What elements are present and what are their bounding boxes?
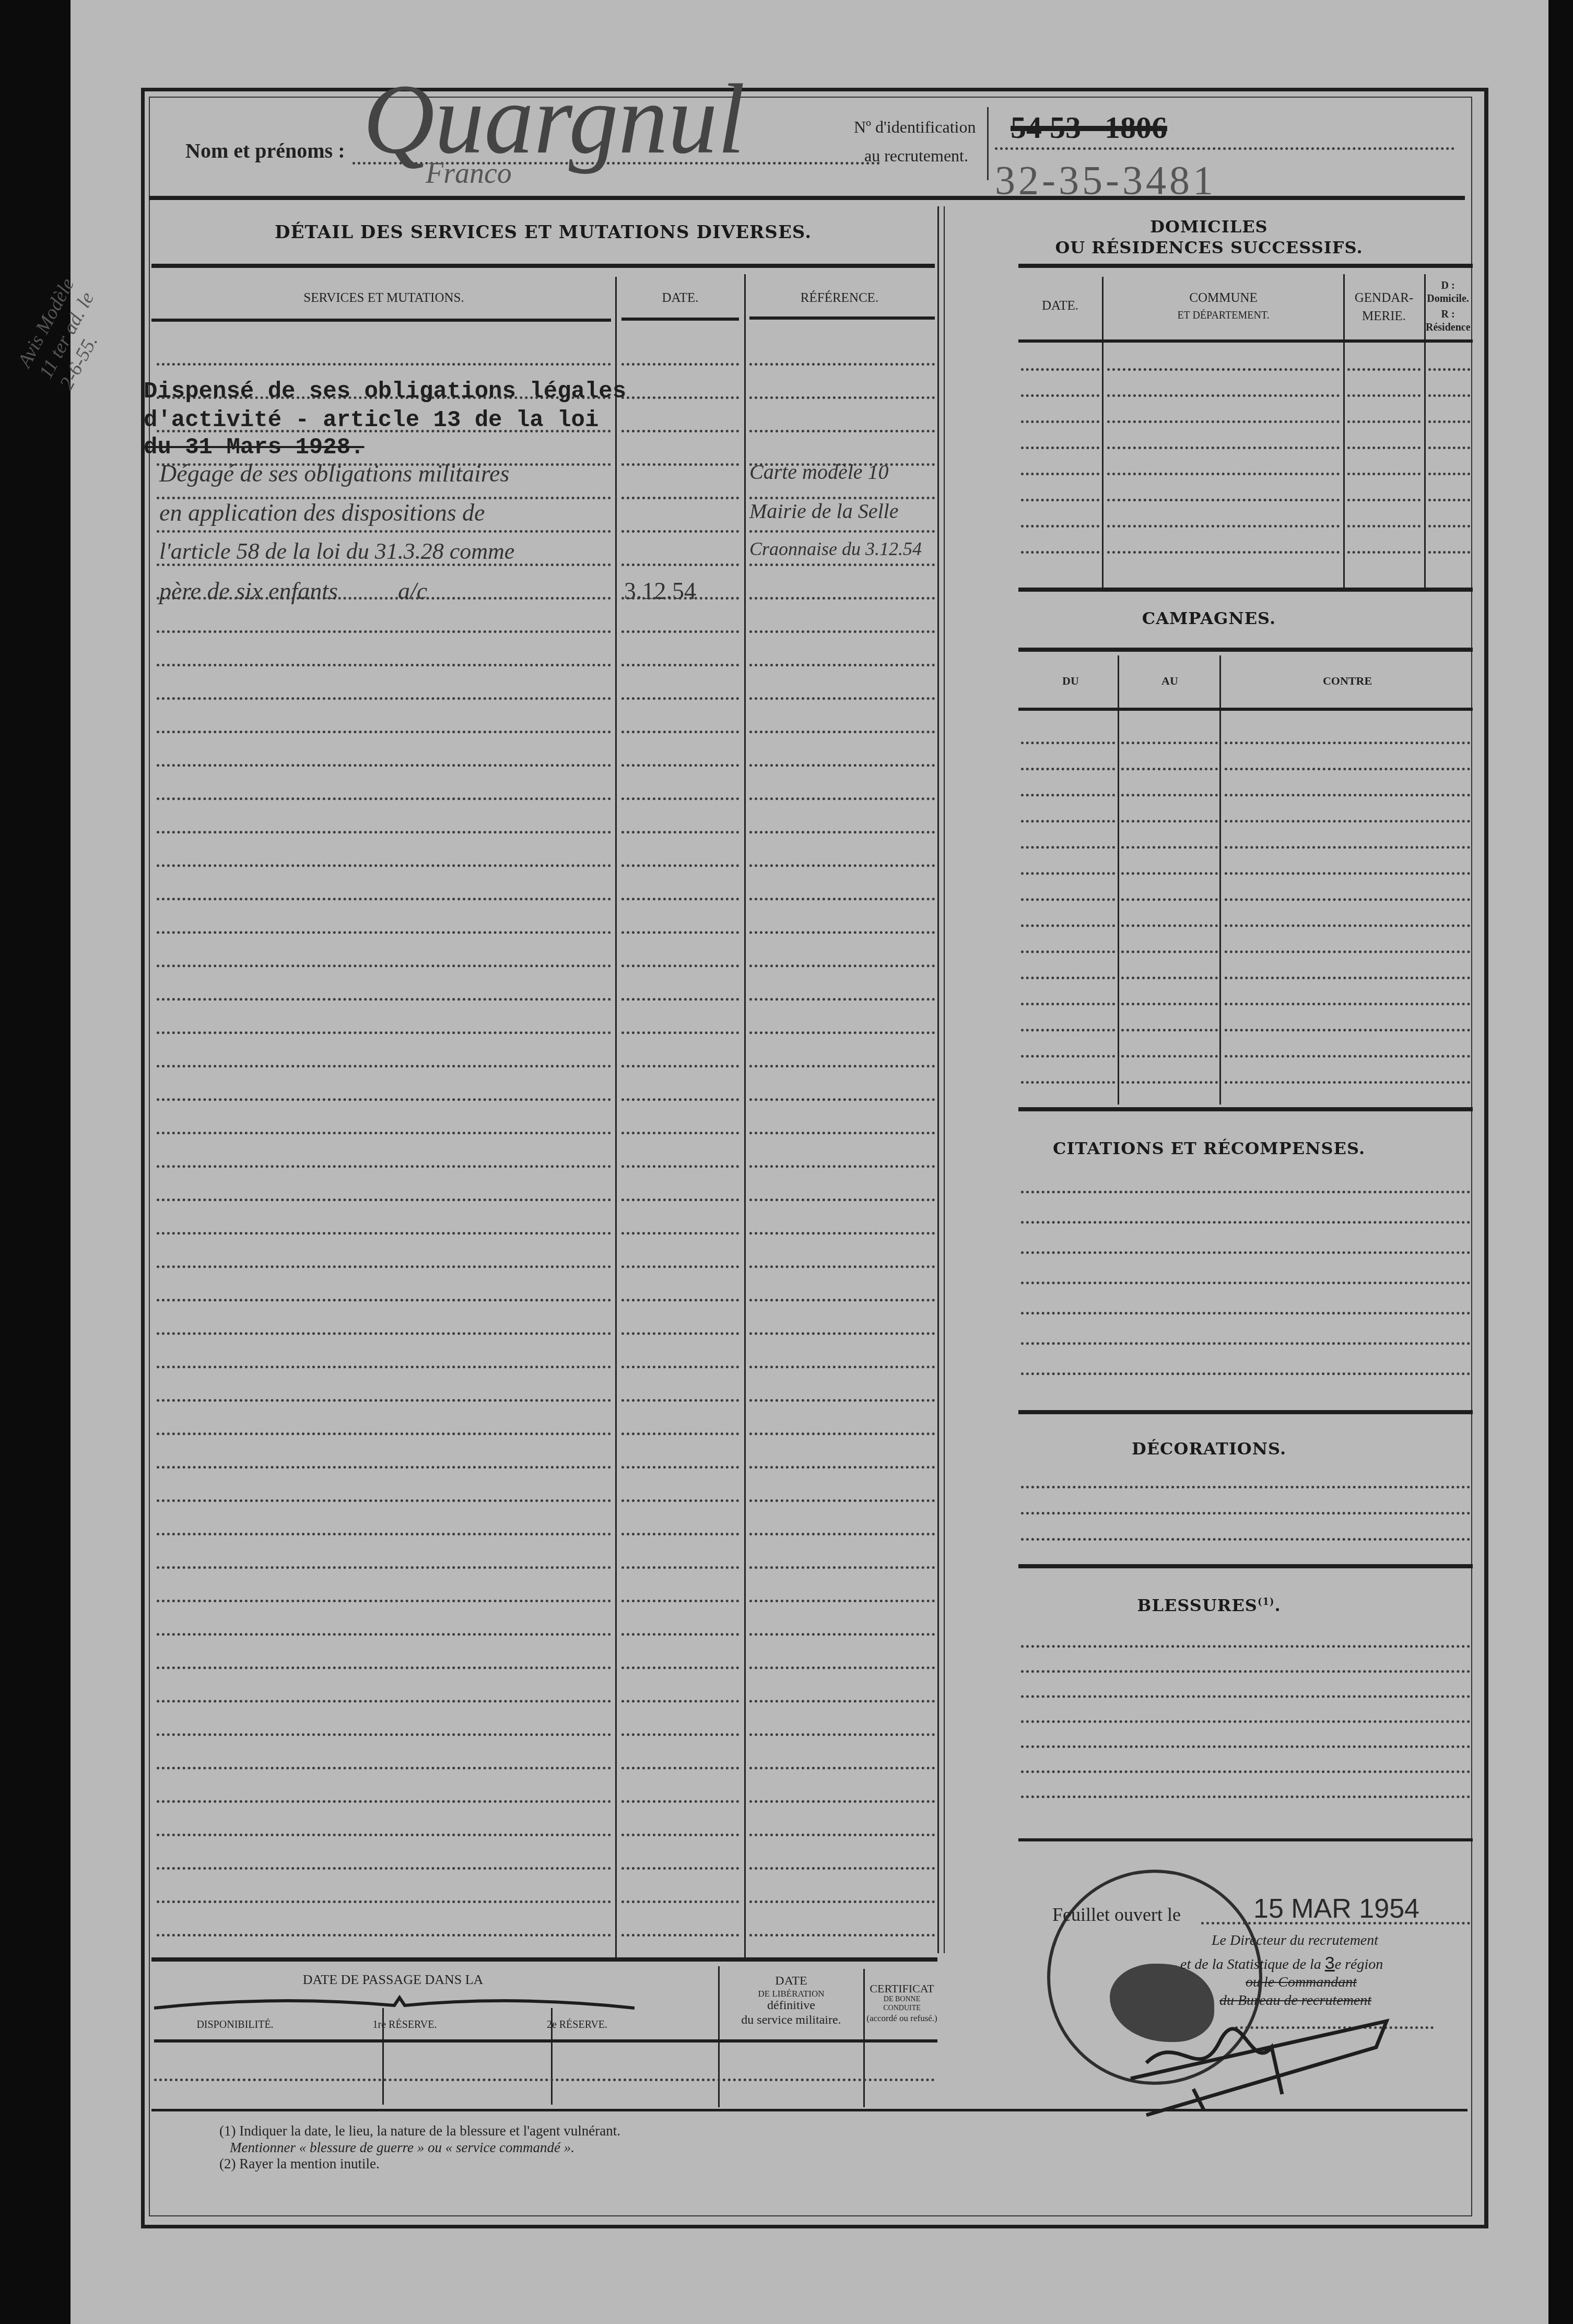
first-name-handwritten: Franco xyxy=(426,157,512,190)
dotted-rule xyxy=(1021,977,1115,979)
campagnes-title-rule xyxy=(1018,648,1473,652)
dotted-rule xyxy=(1225,898,1470,901)
dotted-rule xyxy=(749,430,935,432)
dotted-rule xyxy=(621,1165,739,1168)
dotted-rule xyxy=(1021,1745,1470,1748)
id-label-line1: Nº d'identification xyxy=(854,118,976,137)
dotted-rule xyxy=(1347,368,1421,371)
dotted-rule xyxy=(157,931,611,934)
main-divider xyxy=(937,206,939,1953)
dotted-rule xyxy=(621,1098,739,1101)
dotted-rule xyxy=(1021,368,1099,371)
dom-col-domicile: Domicile. xyxy=(1426,292,1470,306)
dotted-rule xyxy=(749,1098,935,1101)
dotted-rule xyxy=(621,1566,739,1569)
camp-col-du: DU xyxy=(1018,674,1123,688)
dotted-rule xyxy=(621,1800,739,1803)
col-date: DATE. xyxy=(616,290,744,306)
dotted-rule xyxy=(1428,368,1470,371)
dom-divider-1 xyxy=(1102,277,1104,590)
name-label: Nom et prénoms : xyxy=(185,138,345,163)
dotted-rule xyxy=(621,965,739,967)
header-bottom-rule xyxy=(149,196,1465,200)
dotted-rule xyxy=(1021,1055,1115,1058)
dotted-rule xyxy=(157,1433,611,1435)
dotted-rule xyxy=(157,1165,611,1168)
dotted-rule xyxy=(157,965,611,967)
dotted-rule xyxy=(749,1633,935,1636)
dotted-rule xyxy=(749,1733,935,1736)
dotted-rule xyxy=(621,396,739,399)
dom-col-rule xyxy=(1018,339,1473,343)
dotted-rule xyxy=(1021,924,1115,927)
dotted-rule xyxy=(1021,1081,1115,1084)
dotted-rule xyxy=(621,764,739,767)
dotted-rule xyxy=(1107,525,1340,527)
certificat-line3: (accordé ou refusé.) xyxy=(865,2013,938,2024)
dotted-rule xyxy=(1021,1770,1470,1773)
services-col-rule-3 xyxy=(749,316,935,320)
dotted-rule xyxy=(749,864,935,867)
dom-divider-3 xyxy=(1424,274,1426,590)
dotted-rule xyxy=(1107,420,1340,423)
dotted-rule xyxy=(1021,1191,1470,1193)
dotted-rule xyxy=(157,797,611,800)
reference-line2: Mairie de la Selle xyxy=(749,499,898,523)
dotted-rule xyxy=(1225,1029,1470,1031)
passage-divider-2 xyxy=(551,2008,553,2105)
dotted-rule xyxy=(621,1867,739,1870)
dotted-rule xyxy=(1021,742,1115,744)
passage-col-1re-reserve: 1re RÉSERVE. xyxy=(321,2018,488,2032)
dotted-rule xyxy=(749,1533,935,1535)
signatory-line2a: et de la Statistique de la xyxy=(1180,1956,1321,1973)
dotted-rule xyxy=(621,1767,739,1769)
dotted-rule xyxy=(1021,1342,1470,1345)
dotted-rule xyxy=(1021,1645,1470,1648)
dotted-rule xyxy=(1021,1670,1470,1673)
dotted-rule xyxy=(1021,872,1115,875)
dotted-rule xyxy=(749,1800,935,1803)
dotted-rule xyxy=(1428,447,1470,449)
dotted-rule xyxy=(621,898,739,900)
dotted-rule xyxy=(1021,1372,1470,1375)
dotted-rule xyxy=(1121,977,1218,979)
services-col-divider-1 xyxy=(615,277,617,1958)
camp-col-rule xyxy=(1018,708,1473,711)
dotted-rule xyxy=(157,1733,611,1736)
dotted-rule xyxy=(749,898,935,900)
campagnes-top-rule xyxy=(1018,588,1473,592)
dotted-rule xyxy=(1347,525,1421,527)
signatory-line2b: e région xyxy=(1335,1956,1383,1973)
signatory-line3-struck: ou le Commandant xyxy=(1246,1974,1357,1991)
dotted-rule xyxy=(621,630,739,633)
dotted-rule xyxy=(157,1199,611,1201)
dotted-rule xyxy=(157,764,611,767)
dotted-rule xyxy=(1021,1538,1470,1541)
dotted-rule xyxy=(1428,394,1470,397)
dom-col-d: D : xyxy=(1426,279,1470,292)
dotted-rule xyxy=(749,965,935,967)
services-col-rule-2 xyxy=(621,318,739,321)
dotted-rule xyxy=(1428,420,1470,423)
dotted-rule xyxy=(621,1934,739,1936)
dotted-rule xyxy=(621,1433,739,1435)
dotted-rule xyxy=(1021,794,1115,796)
col-services: SERVICES ET MUTATIONS. xyxy=(151,290,616,306)
feuillet-label: Feuillet ouvert le xyxy=(1052,1904,1181,1926)
dotted-rule xyxy=(157,697,611,700)
dotted-rule xyxy=(157,1600,611,1602)
dotted-rule xyxy=(749,1366,935,1368)
dotted-rule xyxy=(1107,499,1340,501)
dotted-rule xyxy=(749,1165,935,1168)
id-struck-number: 54 53 1806 xyxy=(1011,110,1167,146)
dotted-rule xyxy=(157,731,611,733)
dotted-rule xyxy=(157,664,611,666)
dotted-rule xyxy=(1107,368,1340,371)
dotted-rule xyxy=(749,731,935,733)
dom-divider-2 xyxy=(1343,274,1345,590)
certificat-header: CERTIFICAT DE BONNE CONDUITE (accordé ou… xyxy=(865,1982,938,2024)
passage-col-disponibilite: DISPONIBILITÉ. xyxy=(151,2018,319,2032)
signature-scribble xyxy=(1115,2011,1407,2120)
handwritten-entry-line4: père de six enfants a/c xyxy=(159,577,427,605)
dotted-rule xyxy=(621,1700,739,1703)
dotted-rule xyxy=(157,1466,611,1469)
dotted-rule xyxy=(1021,1486,1470,1488)
dotted-rule xyxy=(157,1065,611,1067)
dotted-rule xyxy=(1428,473,1470,475)
dotted-rule xyxy=(157,998,611,1001)
dotted-rule xyxy=(749,1265,935,1268)
dotted-rule xyxy=(621,697,739,700)
dotted-rule xyxy=(621,1466,739,1469)
dotted-rule xyxy=(749,697,935,700)
services-col-divider-2 xyxy=(744,274,746,1958)
dotted-rule xyxy=(621,363,739,366)
dotted-rule xyxy=(1347,551,1421,554)
dotted-rule xyxy=(1021,1282,1470,1284)
dotted-rule xyxy=(157,831,611,834)
signatory-line2: et de la Statistique de la 3e région xyxy=(1180,1953,1383,1974)
dotted-rule xyxy=(749,363,935,366)
dotted-rule xyxy=(621,463,739,466)
dotted-rule xyxy=(749,1767,935,1769)
dotted-rule xyxy=(1121,950,1218,953)
signatory-line4-struck: du Bureau de recrutement xyxy=(1219,1992,1371,2009)
dom-col-r: R : xyxy=(1426,308,1470,321)
dotted-rule xyxy=(1021,1312,1470,1314)
dotted-rule xyxy=(157,1031,611,1034)
dotted-rule xyxy=(621,1633,739,1636)
dotted-rule xyxy=(157,1366,611,1368)
dotted-rule xyxy=(621,1533,739,1535)
dotted-rule xyxy=(1225,1081,1470,1084)
dotted-rule xyxy=(621,1733,739,1736)
dotted-rule xyxy=(749,530,935,533)
blessures-title: BLESSURES(1). xyxy=(948,1595,1470,1615)
camp-divider-2 xyxy=(1219,655,1221,1105)
dotted-rule xyxy=(157,1633,611,1636)
dotted-rule xyxy=(1021,420,1099,423)
dotted-rule xyxy=(1121,742,1218,744)
dotted-rule xyxy=(749,1666,935,1669)
decorations-top-rule xyxy=(1018,1410,1473,1414)
dotted-rule xyxy=(1021,768,1115,770)
dotted-rule xyxy=(1121,872,1218,875)
entry-date: 3.12.54 xyxy=(624,577,696,605)
dotted-rule xyxy=(1021,447,1099,449)
dotted-rule xyxy=(1121,794,1218,796)
dotted-rule xyxy=(749,1700,935,1703)
dotted-rule xyxy=(621,1332,739,1335)
dotted-rule xyxy=(157,1566,611,1569)
dotted-rule xyxy=(621,1900,739,1903)
dotted-rule xyxy=(749,1332,935,1335)
dotted-rule xyxy=(621,731,739,733)
dotted-rule xyxy=(621,497,739,499)
dotted-rule xyxy=(621,1065,739,1067)
dotted-rule xyxy=(621,1199,739,1201)
dom-col-commune: COMMUNE xyxy=(1105,290,1342,306)
dotted-rule xyxy=(157,1767,611,1769)
dotted-rule xyxy=(157,1867,611,1870)
col-reference: RÉFÉRENCE. xyxy=(744,290,935,306)
dotted-rule xyxy=(749,1299,935,1301)
reference-line1: Carte modèle 10 xyxy=(749,460,889,484)
margin-note: Avis Modèle 11 ter ad. le 2-6-55. xyxy=(13,213,155,394)
dotted-rule xyxy=(1121,1029,1218,1031)
dotted-rule xyxy=(749,564,935,566)
dotted-rule xyxy=(1021,551,1099,554)
citations-top-rule xyxy=(1018,1107,1473,1111)
dotted-rule xyxy=(621,1265,739,1268)
dotted-rule xyxy=(749,764,935,767)
passage-col-rule xyxy=(154,2039,937,2043)
liberation-header: DATE DE LIBÉRATION définitive du service… xyxy=(721,1974,862,2027)
certificat-line1: CERTIFICAT xyxy=(865,1982,938,1996)
dotted-rule xyxy=(749,630,935,633)
citations-title: CITATIONS ET RÉCOMPENSES. xyxy=(948,1138,1470,1158)
dotted-rule xyxy=(1225,924,1470,927)
decorations-title: DÉCORATIONS. xyxy=(948,1439,1470,1459)
dotted-rule xyxy=(749,1132,935,1134)
dotted-rule xyxy=(621,1366,739,1368)
services-title: DÉTAIL DES SERVICES ET MUTATIONS DIVERSE… xyxy=(149,222,937,243)
region-number: 3 xyxy=(1325,1953,1335,1973)
dom-col-gendarmerie-2: MERIE. xyxy=(1345,308,1423,324)
services-title-rule xyxy=(151,264,935,268)
dotted-rule xyxy=(749,1934,935,1936)
dotted-rule xyxy=(621,1299,739,1301)
typed-entry-line2: d'activité - article 13 de la loi xyxy=(144,407,598,433)
dotted-rule xyxy=(157,1332,611,1335)
dotted-rule xyxy=(1121,768,1218,770)
feuillet-top-rule xyxy=(1018,1838,1473,1841)
dotted-rule xyxy=(749,1900,935,1903)
campagnes-title: CAMPAGNES. xyxy=(948,608,1470,628)
dotted-rule xyxy=(621,664,739,666)
blessures-title-text: BLESSURES xyxy=(1137,1595,1257,1615)
dotted-rule xyxy=(1021,525,1099,527)
dotted-rule xyxy=(749,597,935,600)
dotted-rule xyxy=(1021,1512,1470,1515)
dom-col-residence: Résidence xyxy=(1426,321,1470,334)
dotted-rule xyxy=(1107,473,1340,475)
dotted-rule xyxy=(157,1800,611,1803)
domiciles-title-rule xyxy=(1018,264,1473,268)
footnote-1b: Mentionner « blessure de guerre » ou « s… xyxy=(230,2140,574,2156)
passage-title: DATE DE PASSAGE DANS LA xyxy=(151,1971,635,1989)
passage-divider-3 xyxy=(718,1966,720,2107)
dotted-rule xyxy=(1225,742,1470,744)
dotted-rule xyxy=(749,396,935,399)
dotted-rule xyxy=(157,1834,611,1836)
dotted-rule xyxy=(157,1533,611,1535)
reference-line3: Craonnaise du 3.12.54 xyxy=(749,538,922,560)
dotted-rule xyxy=(749,1499,935,1502)
dotted-rule xyxy=(1021,820,1115,823)
dotted-rule xyxy=(1021,1221,1470,1224)
dotted-rule xyxy=(749,1600,935,1602)
dotted-rule xyxy=(1021,1003,1115,1005)
dotted-rule xyxy=(157,1399,611,1402)
dotted-rule xyxy=(1347,447,1421,449)
dotted-rule xyxy=(621,1499,739,1502)
dotted-rule xyxy=(1428,499,1470,501)
dotted-rule xyxy=(157,1132,611,1134)
dotted-rule xyxy=(157,864,611,867)
domiciles-title-line1: DOMICILES xyxy=(948,217,1470,237)
domiciles-title-line2: OU RÉSIDENCES SUCCESSIFS. xyxy=(948,238,1470,257)
dotted-rule xyxy=(157,1934,611,1936)
dotted-rule xyxy=(621,931,739,934)
dotted-rule xyxy=(621,430,739,432)
dotted-rule xyxy=(1021,950,1115,953)
camp-col-contre: CONTRE xyxy=(1225,674,1470,688)
dotted-rule xyxy=(1428,551,1470,554)
liberation-line2: DE LIBÉRATION xyxy=(721,1989,862,1999)
typed-entry-line1: Dispensé de ses obligations légales xyxy=(144,379,626,405)
dotted-rule xyxy=(749,931,935,934)
dotted-rule xyxy=(749,797,935,800)
dotted-rule xyxy=(1225,950,1470,953)
dotted-rule xyxy=(157,530,611,533)
dotted-rule xyxy=(749,1834,935,1836)
typed-entry-line3: du 31 Mars 1928. xyxy=(144,435,364,461)
dotted-rule xyxy=(1021,394,1099,397)
dotted-rule xyxy=(157,1666,611,1669)
dotted-rule xyxy=(1121,820,1218,823)
dotted-rule xyxy=(1225,977,1470,979)
dom-col-departement: ET DÉPARTEMENT. xyxy=(1105,309,1342,322)
dotted-rule xyxy=(621,1600,739,1602)
dotted-rule xyxy=(749,1433,935,1435)
feuillet-date-stamp: 15 MAR 1954 xyxy=(1253,1893,1419,1924)
dotted-rule xyxy=(1121,924,1218,927)
passage-divider-1 xyxy=(382,2008,384,2105)
dotted-rule xyxy=(1347,420,1421,423)
dotted-rule xyxy=(1225,846,1470,849)
dotted-rule xyxy=(157,630,611,633)
blessures-top-rule xyxy=(1018,1564,1473,1568)
dotted-rule xyxy=(157,1900,611,1903)
dotted-rule xyxy=(749,1065,935,1067)
passage-dotted-row xyxy=(154,2079,935,2081)
blessures-suffix: . xyxy=(1274,1595,1281,1615)
dom-col-gendarmerie-1: GENDAR- xyxy=(1345,290,1423,306)
dotted-rule xyxy=(1021,1795,1470,1798)
footnote-2: (2) Rayer la mention inutile. xyxy=(219,2156,380,2172)
dotted-rule xyxy=(749,1566,935,1569)
dotted-rule xyxy=(1347,499,1421,501)
dotted-rule xyxy=(1347,473,1421,475)
handwritten-entry-line2: en application des dispositions de xyxy=(159,499,485,526)
dotted-rule xyxy=(749,1232,935,1235)
dotted-rule xyxy=(1021,473,1099,475)
certificat-line2: DE BONNE CONDUITE xyxy=(865,1996,938,2013)
dotted-rule xyxy=(1347,394,1421,397)
dotted-rule xyxy=(1021,1720,1470,1723)
camp-divider-1 xyxy=(1118,655,1119,1105)
dotted-rule xyxy=(621,1666,739,1669)
dotted-rule xyxy=(749,664,935,666)
dotted-rule xyxy=(157,898,611,900)
dotted-rule xyxy=(1121,1055,1218,1058)
dotted-rule xyxy=(1021,499,1099,501)
dotted-rule xyxy=(749,1399,935,1402)
dotted-rule xyxy=(157,363,611,366)
liberation-line1: DATE xyxy=(721,1974,862,1989)
surname-handwritten: Quargnul xyxy=(363,63,745,177)
dotted-rule xyxy=(1225,1003,1470,1005)
handwritten-entry-line1: Dégagé de ses obligations militaires xyxy=(159,460,509,487)
dotted-rule xyxy=(1021,1251,1470,1254)
dotted-rule xyxy=(1121,1003,1218,1005)
dotted-rule xyxy=(157,1098,611,1101)
dotted-rule xyxy=(749,1031,935,1034)
handwritten-entry-line3: l'article 58 de la loi du 31.3.28 comme xyxy=(159,538,514,565)
main-divider-2 xyxy=(944,206,945,1953)
dotted-rule xyxy=(1225,872,1470,875)
dotted-rule xyxy=(1107,394,1340,397)
liberation-line4: du service militaire. xyxy=(721,2013,862,2028)
id-label-line2: au recrutement. xyxy=(864,146,968,166)
dotted-rule xyxy=(1021,1029,1115,1031)
dotted-rule xyxy=(1107,551,1340,554)
dotted-rule xyxy=(157,1700,611,1703)
dotted-rule xyxy=(621,797,739,800)
liberation-line3: définitive xyxy=(721,1999,862,2013)
dotted-rule xyxy=(749,1199,935,1201)
dotted-rule xyxy=(621,1232,739,1235)
id-brace xyxy=(987,107,992,180)
signatory-line1: Le Directeur du recrutement xyxy=(1212,1932,1378,1949)
dotted-rule xyxy=(157,1265,611,1268)
dotted-rule xyxy=(1225,1055,1470,1058)
dotted-rule xyxy=(1225,794,1470,796)
dom-col-date: DATE. xyxy=(1018,298,1102,314)
dotted-rule xyxy=(1121,898,1218,901)
dotted-rule xyxy=(157,1232,611,1235)
dotted-rule xyxy=(621,1132,739,1134)
document-page: Nom et prénoms : Quargnul Franco Nº d'id… xyxy=(71,0,1548,2324)
dotted-rule xyxy=(621,831,739,834)
dotted-rule xyxy=(621,998,739,1001)
passage-divider-4 xyxy=(863,1969,865,2107)
